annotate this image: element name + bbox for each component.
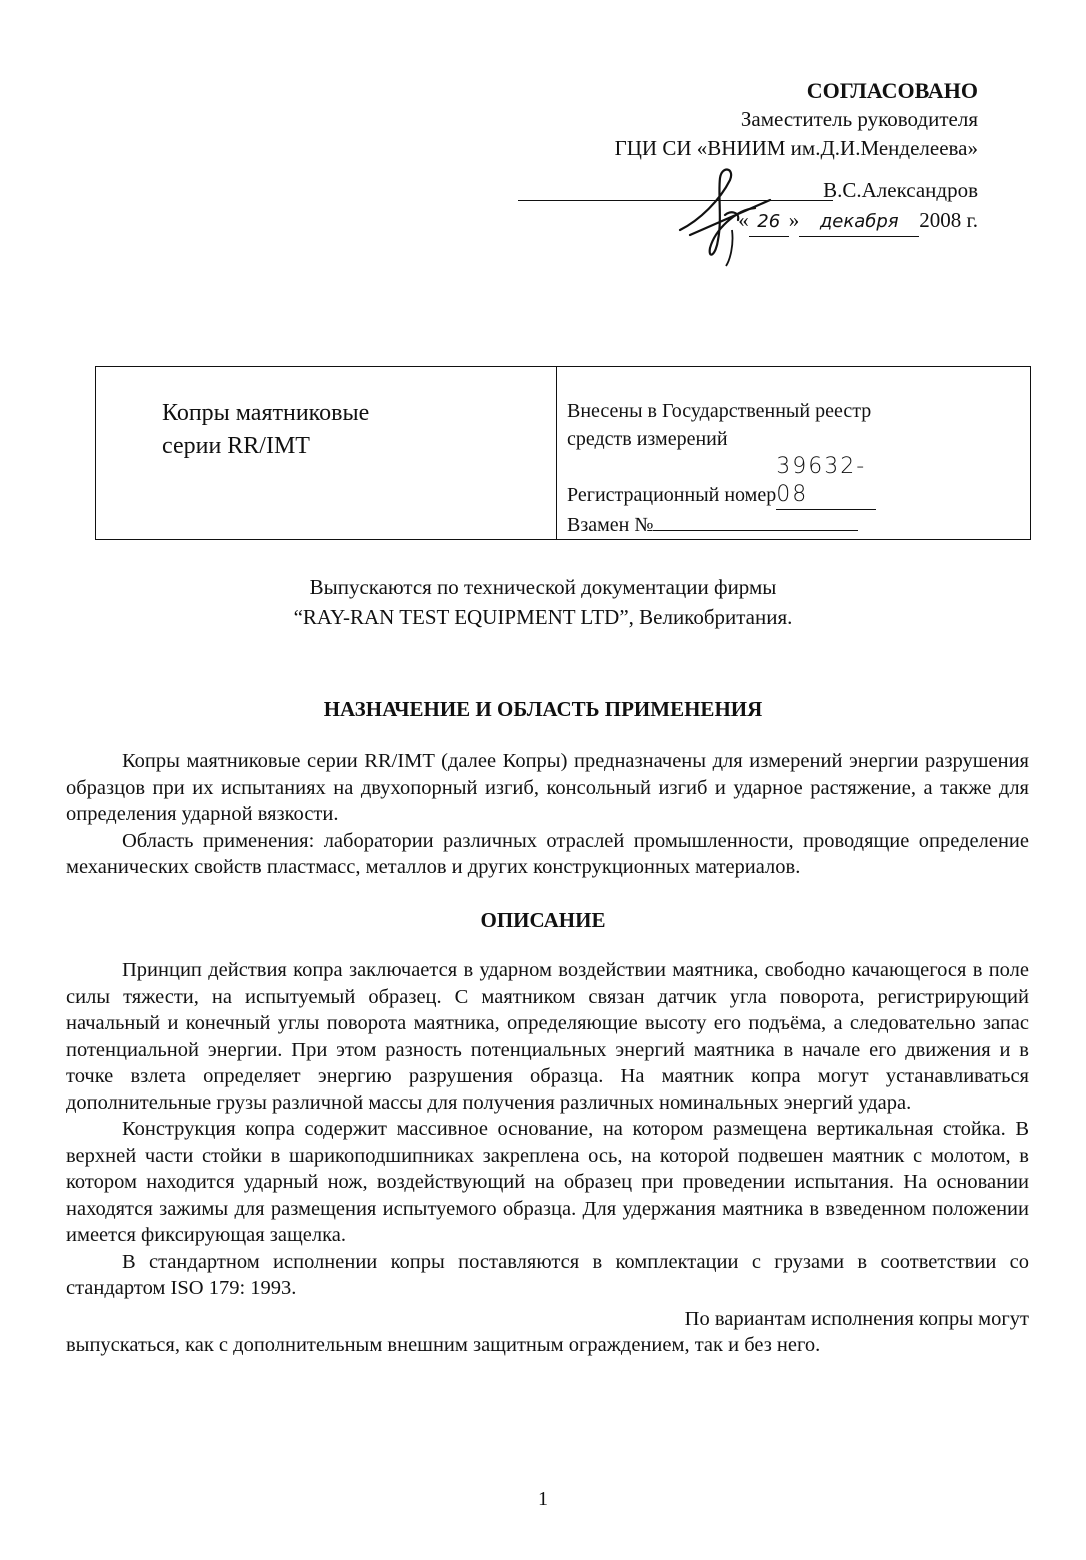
product-name-line1: Копры маятниковые	[162, 397, 556, 430]
registration-number-label: Регистрационный номер	[567, 484, 776, 506]
registration-number-row: Регистрационный номер39632-08	[567, 453, 1030, 510]
date-month: декабря	[799, 207, 919, 237]
replaces-row: Взамен №	[567, 510, 1030, 539]
paragraph: Копры маятниковые серии RR/IMT (далее Ко…	[66, 748, 1029, 828]
paragraph: Конструкция копра содержит массивное осн…	[66, 1116, 1029, 1249]
paragraph: Принцип действия копра заключается в уда…	[66, 957, 1029, 1116]
signature-icon	[660, 160, 790, 270]
date-close-quote: »	[789, 208, 800, 232]
paragraph: Область применения: лаборатории различны…	[66, 828, 1029, 881]
approval-position: Заместитель руководителя	[518, 105, 978, 134]
replaces-value	[653, 510, 858, 531]
registration-number-value: 39632-08	[776, 453, 876, 510]
section-heading-purpose: НАЗНАЧЕНИЕ И ОБЛАСТЬ ПРИМЕНЕНИЯ	[0, 697, 1086, 722]
registry-cell: Внесены в Государственный реестр средств…	[557, 367, 1030, 539]
trailing-line-left: выпускаться, как с дополнительным внешни…	[66, 1332, 1029, 1359]
manufacturer-line2: “RAY-RAN TEST EQUIPMENT LTD”, Великобрит…	[0, 602, 1086, 632]
registry-line1: Внесены в Государственный реестр	[567, 397, 1030, 425]
date-year: 2008 г.	[919, 208, 978, 232]
paragraph: В стандартном исполнении копры поставляю…	[66, 1249, 1029, 1302]
manufacturer-line1: Выпускаются по технической документации …	[0, 572, 1086, 602]
approval-title: СОГЛАСОВАНО	[518, 76, 978, 105]
section-body-description: Принцип действия копра заключается в уда…	[66, 957, 1029, 1359]
section-body-purpose: Копры маятниковые серии RR/IMT (далее Ко…	[66, 748, 1029, 881]
registry-line2: средств измерений	[567, 425, 1030, 453]
approval-organization: ГЦИ СИ «ВНИИМ им.Д.И.Менделеева»	[518, 134, 978, 163]
replaces-label: Взамен №	[567, 514, 653, 536]
signatory-name: В.С.Александров	[823, 176, 978, 205]
product-name-line2: серии RR/IMT	[162, 430, 556, 463]
section-heading-description: ОПИСАНИЕ	[0, 908, 1086, 933]
registration-box: Копры маятниковые серии RR/IMT Внесены в…	[95, 366, 1031, 540]
product-name-cell: Копры маятниковые серии RR/IMT	[96, 367, 557, 539]
trailing-line-right: По вариантам исполнения копры могут	[66, 1306, 1029, 1333]
page-number: 1	[0, 1488, 1086, 1511]
manufacturer-note: Выпускаются по технической документации …	[0, 572, 1086, 632]
